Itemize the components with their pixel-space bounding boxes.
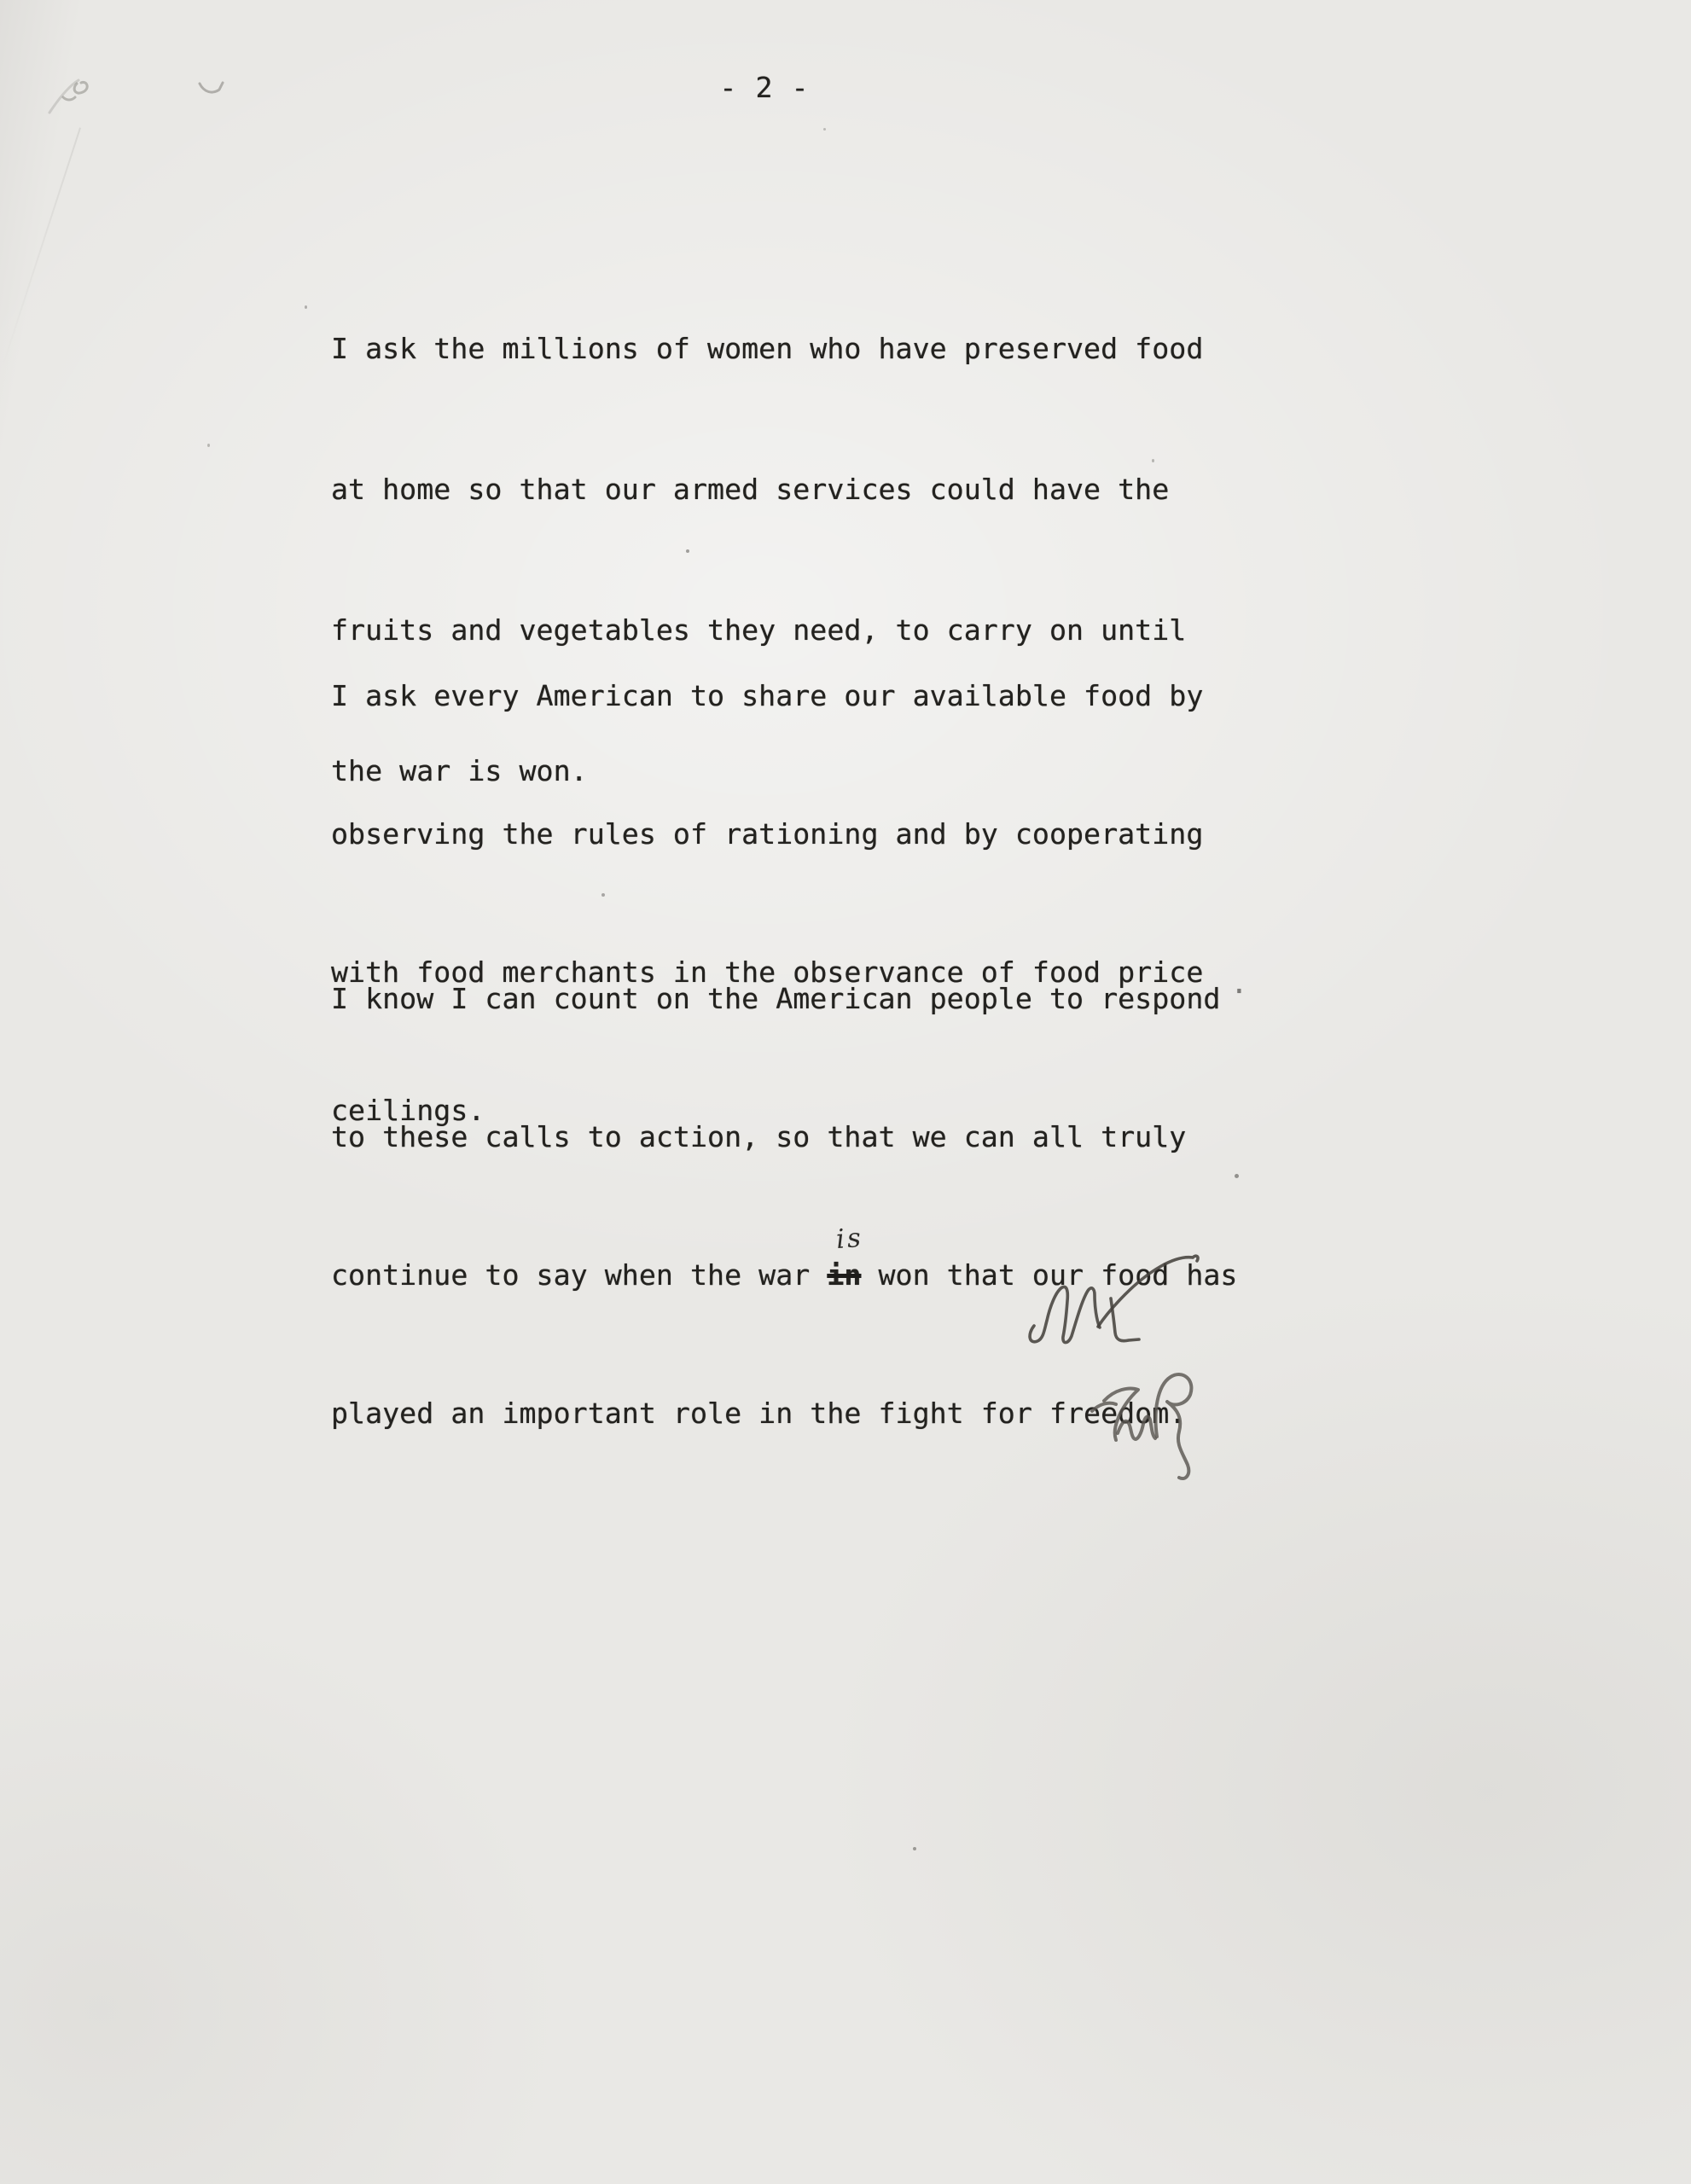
paper-speck xyxy=(601,893,605,897)
struck-through-word: in xyxy=(827,1258,861,1292)
paper-speck xyxy=(686,549,689,553)
text-line: I ask every American to share our availa… xyxy=(331,679,1203,751)
text-line: observing the rules of rationing and by … xyxy=(331,817,1203,889)
paper-crease xyxy=(0,127,81,371)
handwritten-initials-fdr xyxy=(1084,1360,1224,1501)
handwritten-initials-mk xyxy=(1022,1247,1201,1362)
text-line: to these calls to action, so that we can… xyxy=(331,1120,1247,1192)
text-segment: I know I can count on the American peopl… xyxy=(331,982,1220,1015)
scanned-document-page: - 2 - I ask the millions of women who ha… xyxy=(0,0,1691,2184)
text-line: at home so that our armed services could… xyxy=(331,473,1203,547)
paper-speck xyxy=(1235,1174,1239,1178)
page-number: - 2 - xyxy=(0,71,1529,105)
paper-speck xyxy=(1152,459,1154,462)
handwritten-correction: is xyxy=(835,1225,864,1253)
stray-pencil-dot: · xyxy=(1230,974,1247,1008)
text-segment: continue to say when the war xyxy=(331,1258,827,1292)
text-line: I know I can count on the American peopl… xyxy=(331,982,1247,1054)
paper-speck xyxy=(305,305,307,309)
paper-speck xyxy=(913,1847,916,1850)
paper-speck xyxy=(207,444,210,447)
text-line: I ask the millions of women who have pre… xyxy=(331,332,1203,406)
paper-speck xyxy=(823,128,826,131)
